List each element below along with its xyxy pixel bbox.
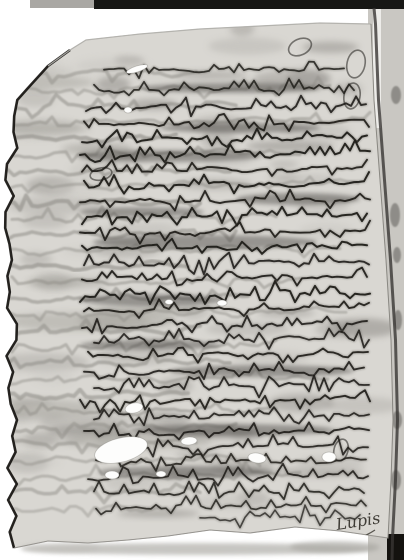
manuscript-page-svg: 509 Lupis <box>0 0 404 560</box>
bottom-shadow <box>290 541 380 553</box>
mottle-blob <box>270 160 298 168</box>
next-page-ink-mark <box>393 247 401 263</box>
bottom-right-dark-corner <box>387 534 404 560</box>
mottle-blob <box>209 38 286 55</box>
top-scan-band <box>30 0 404 9</box>
next-page-ink-mark <box>390 203 400 227</box>
paper-hole <box>217 300 227 306</box>
mottle-blob <box>325 397 401 414</box>
paper-hole <box>124 107 132 113</box>
top-band-gray <box>30 0 96 8</box>
next-page-ink-mark <box>391 86 401 104</box>
manuscript-scan: 509 Lupis <box>0 0 404 560</box>
top-band-dark <box>94 0 404 9</box>
paper-hole <box>156 471 166 477</box>
paper-hole <box>322 452 336 462</box>
paper-hole <box>105 471 119 479</box>
paper-hole <box>165 300 173 305</box>
